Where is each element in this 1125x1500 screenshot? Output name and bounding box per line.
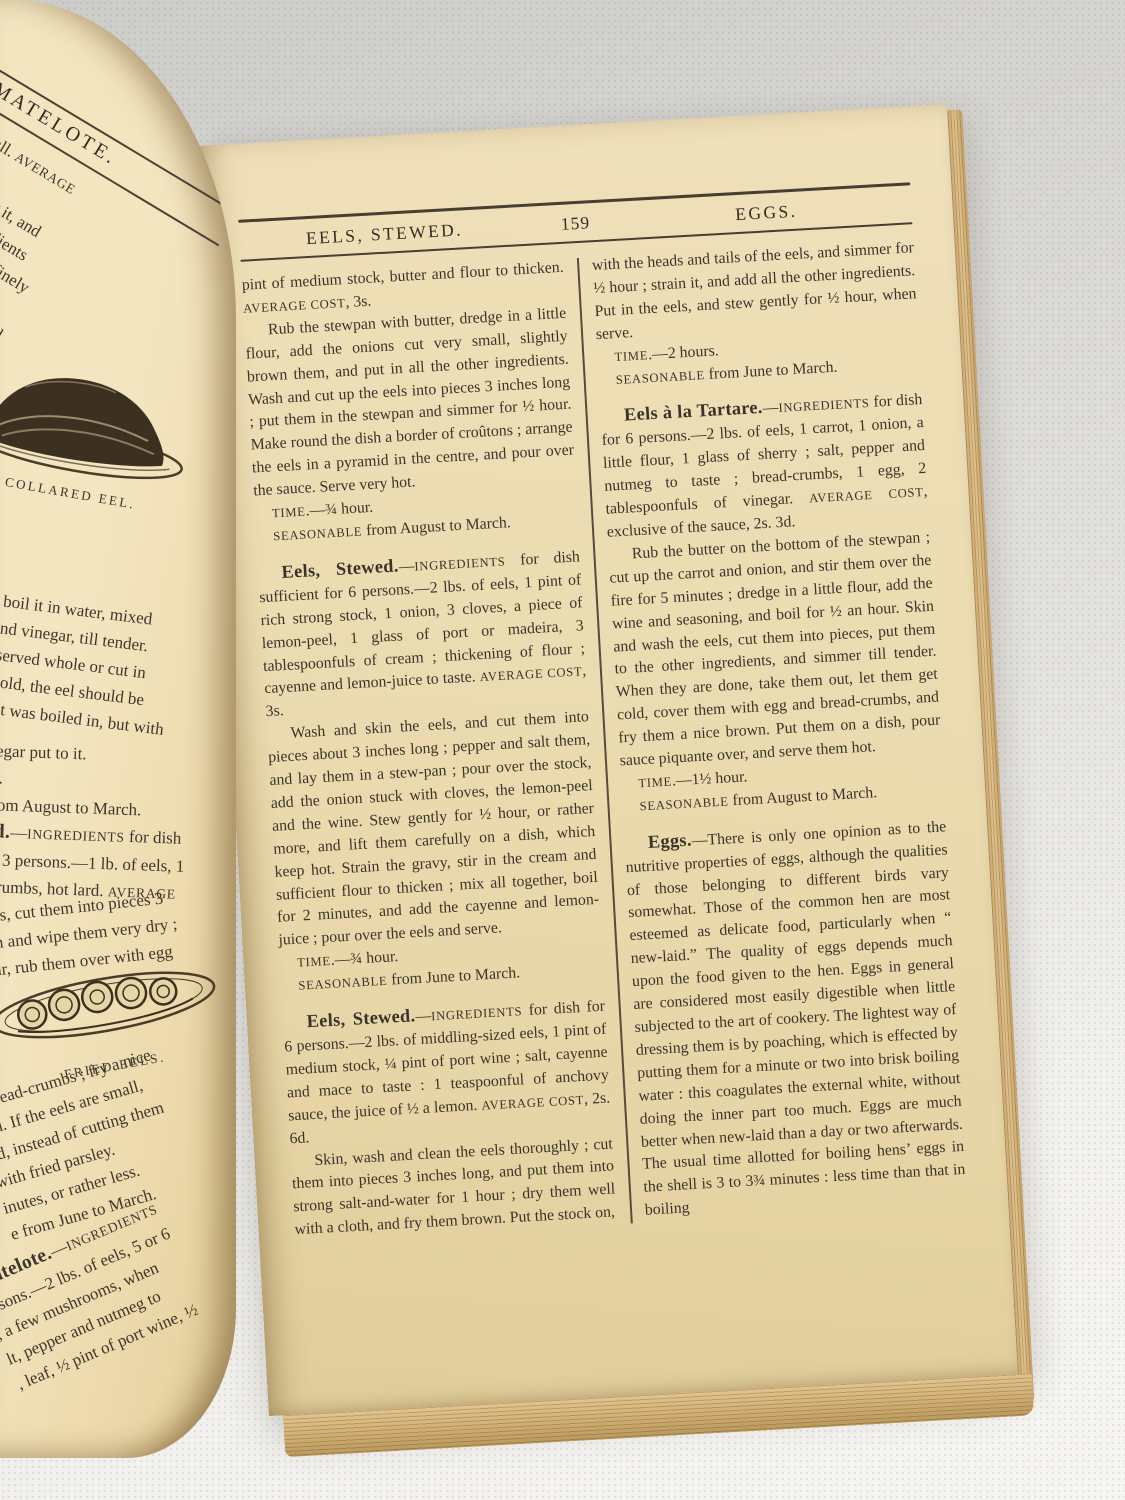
text-columns: pint of medium stock, butter and flour t… — [241, 237, 967, 1242]
para-paragraph: Wash and skin the eels, and cut them int… — [266, 706, 601, 953]
text-segment — [793, 490, 810, 508]
text-segment: Rub the stewpan with butter, dredge in a… — [245, 305, 574, 500]
recipe-paragraph: Eels à la Tartare.—Ingredients for dish … — [600, 387, 930, 544]
text-segment: , 3s. — [345, 292, 372, 310]
text-segment: Average Cost — [481, 1093, 584, 1113]
text-segment: — — [10, 823, 28, 843]
collared-eel-illustration — [0, 341, 205, 496]
text-segment: Time — [638, 774, 672, 790]
text-segment: —There is only one opinion as to the nut… — [625, 818, 966, 1219]
text-segment: Average Cost — [479, 665, 582, 685]
text-segment: 1½ hour. — [691, 768, 748, 788]
text-segment: Seasonable — [639, 794, 729, 813]
left-page-lines: nd boil it in water, mixedlt and vinegar… — [0, 585, 236, 758]
text-segment: negar put to it. — [0, 741, 87, 763]
text-segment: — — [762, 399, 779, 417]
text-segment: Time — [297, 954, 331, 970]
text-segment: ¾ hour. — [350, 948, 399, 968]
text-segment: Ingredients — [778, 396, 870, 415]
text-segment: .— — [648, 345, 669, 363]
text-segment: Eels à la Tartare. — [624, 397, 764, 425]
text-segment: Seasonable — [615, 368, 705, 387]
para-paragraph: Rub the butter on the bottom of the stew… — [608, 527, 943, 774]
text-segment: for dish — [124, 827, 181, 848]
text-segment: .— — [671, 771, 692, 789]
book-left-page: EN MATELOTE. ed very small. Averagelb.an… — [0, 0, 236, 1458]
para-paragraph: Rub the stewpan with butter, dredge in a… — [244, 303, 576, 504]
right-column: with the heads and tails of the eels, an… — [591, 237, 967, 1223]
book-right-page: EELS, STEWED. 159 EGGS. pint of medium s… — [198, 104, 1018, 1416]
text-segment: from June to March. — [704, 358, 838, 382]
text-segment: , 2s. 3d. — [745, 513, 795, 533]
text-segment: Time — [614, 348, 648, 364]
text-segment: Wash and skin the eels, and cut them int… — [268, 708, 600, 949]
left-column: pint of medium stock, butter and flour t… — [241, 257, 617, 1243]
text-segment: 2 hours. — [667, 342, 719, 362]
text-segment: Seasonable — [298, 974, 388, 993]
para-paragraph: with the heads and tails of the eels, an… — [591, 237, 918, 346]
collared-eel-figure: COLLARED EEL. — [0, 340, 209, 522]
text-segment: Ingredients — [27, 826, 125, 844]
recipe-paragraph: Eels, Stewed.—Ingredients for dish suffi… — [257, 544, 588, 724]
text-segment: Eels, Stewed. — [306, 1005, 416, 1031]
text-segment: Eels, Stewed. — [281, 555, 399, 582]
left-page-text-group: nd boil it in water, mixedlt and vinegar… — [0, 585, 236, 758]
text-segment: Average Cost — [809, 485, 924, 505]
text-segment: Eggs. — [647, 829, 692, 851]
text-segment: Rub the butter on the bottom of the stew… — [609, 529, 941, 770]
text-segment: — — [415, 1007, 432, 1025]
text-segment: Skin, wash and clean the eels thoroughly… — [292, 1135, 616, 1239]
text-segment: ¾ hour. — [325, 499, 374, 519]
text-segment: or 3 persons.—1 lb. of eels, 1 — [0, 850, 185, 876]
text-segment: .— — [330, 951, 351, 969]
text-segment: pint of medium stock, butter and flour t… — [241, 259, 564, 294]
text-segment: rs. — [0, 768, 3, 788]
recipe-paragraph: Eels, Stewed.—Ingredients for dish for 6… — [282, 994, 612, 1151]
text-segment: from June to March. — [387, 965, 521, 989]
text-segment: .— — [305, 502, 326, 520]
text-segment: — — [398, 557, 415, 575]
text-segment: Ingredients — [431, 1004, 523, 1023]
text-segment: with the heads and tails of the eels, an… — [592, 239, 917, 343]
text-segment: Seasonable — [273, 524, 363, 543]
page-number: 159 — [529, 211, 622, 237]
text-segment: Ingredients — [414, 554, 506, 573]
text-segment: Average Cost — [243, 296, 346, 316]
text-segment: Time — [272, 505, 306, 521]
recipe-paragraph: Eggs.—There is only one opinion as to th… — [624, 814, 968, 1223]
para-paragraph: Skin, wash and clean the eels thoroughly… — [290, 1133, 617, 1242]
page-content: EELS, STEWED. 159 EGGS. pint of medium s… — [198, 105, 1003, 1416]
text-segment: from August to March. — [0, 795, 142, 819]
